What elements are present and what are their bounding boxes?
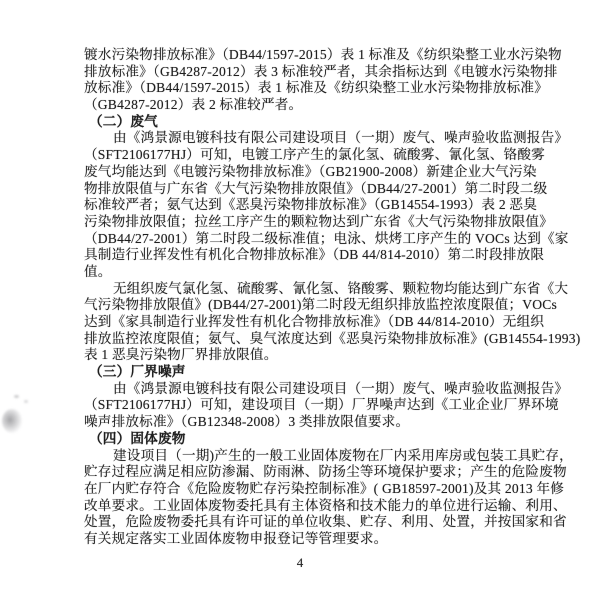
- document-line: 值。: [84, 264, 521, 281]
- document-line: （SFT2106177HJ）可知，电镀工序产生的氯化氢、硫酸雾、氰化氢、铬酸雾: [84, 147, 521, 164]
- document-line: 废气均能达到《电镀污染物排放标准》（GB21900-2008）新建企业大气污染: [84, 164, 521, 181]
- document-line: 具制造行业挥发性有机化合物排放标准》（DB 44/814-2010）第二时段排放…: [84, 247, 521, 264]
- document-line: 排放监控浓度限值；氨气、臭气浓度达到《恶臭污染物排放标准》(GB14554-19…: [84, 331, 521, 348]
- document-line: 达到《家具制造行业挥发性有机化合物排放标准》（DB 44/814-2010）无组…: [84, 314, 521, 331]
- section-heading: （四）固体废物: [84, 431, 521, 448]
- document-line: 污染物排放限值；拉丝工序产生的颗粒物达到广东省《大气污染物排放限值》: [84, 214, 521, 231]
- document-line: （GB4287-2012）表 2 标准较严者。: [84, 97, 521, 114]
- document-line: 物排放限值与广东省《大气污染物排放限值》（DB44/27-2001）第二时段二级: [84, 181, 521, 198]
- document-line: 标准较严者；氨气达到《恶臭污染物排放标准》（GB14554-1993）表 2 恶…: [84, 197, 521, 214]
- document-line: 在厂内贮存符合《危险废物贮存污染控制标准》( GB18597-2001)及其 2…: [84, 481, 521, 498]
- document-line: （DB44/27-2001）第二时段二级标准值；电泳、烘烤工序产生的 VOCs …: [84, 231, 521, 248]
- document-line: 放标准》（DB44/1597-2015）表 1 标准及《纺织染整工业水污染物排放…: [84, 80, 521, 97]
- document-line: 改单要求。工业固体废物委托具有主体资格和技术能力的单位进行运输、利用、: [84, 498, 521, 515]
- document-line: 噪声排放标准》（GB12348-2008）3 类排放限值要求。: [84, 414, 521, 431]
- document-line: 气污染物排放限值》(DB44/27-2001)第二时段无组织排放监控浓度限值；V…: [84, 297, 521, 314]
- document-line: 有关规定落实工业固体废物申报登记等管理要求。: [84, 531, 521, 548]
- page-number: 4: [0, 555, 600, 571]
- section-heading: （三）厂界噪声: [84, 364, 521, 381]
- document-line: 无组织废气氯化氢、硫酸雾、氰化氢、铬酸雾、颗粒物均能达到广东省《大: [84, 281, 521, 298]
- section-heading: （二）废气: [84, 114, 521, 131]
- document-line: 由《鸿景源电镀科技有限公司建设项目（一期）废气、噪声验收监测报告》: [84, 381, 521, 398]
- document-line: （SFT2106177HJ）可知，建设项目（一期）厂界噪声达到《工业企业厂界环境: [84, 397, 521, 414]
- document-line: 处置，危险废物委托具有许可证的单位收集、贮存、利用、处置，并按国家和省: [84, 514, 521, 531]
- document-line: 表 1 恶臭污染物厂界排放限值。: [84, 347, 521, 364]
- document-body: 镀水污染物排放标准》（DB44/1597-2015）表 1 标准及《纺织染整工业…: [84, 47, 521, 548]
- document-line: 排放标准》（GB4287-2012）表 3 标准较严者，其余指标达到《电镀水污染…: [84, 64, 521, 81]
- document-line: 镀水污染物排放标准》（DB44/1597-2015）表 1 标准及《纺织染整工业…: [84, 47, 521, 64]
- scan-speck: [24, 400, 28, 403]
- document-line: 贮存过程应满足相应防渗漏、防雨淋、防扬尘等环境保护要求；产生的危险废物: [84, 464, 521, 481]
- scan-smudge: [2, 409, 22, 433]
- document-line: 由《鸿景源电镀科技有限公司建设项目（一期）废气、噪声验收监测报告》: [84, 130, 521, 147]
- document-line: 建设项目（一期)产生的一般工业固体废物在厂内采用库房或包装工具贮存，: [84, 448, 521, 465]
- scan-speck: [14, 395, 19, 398]
